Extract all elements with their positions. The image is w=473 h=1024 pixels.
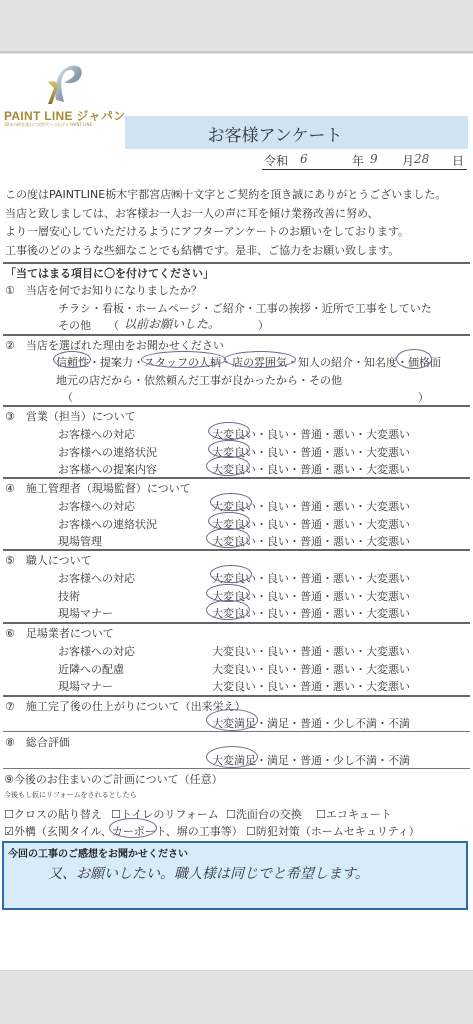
q1-other-open: （ bbox=[108, 317, 119, 333]
q6-row-scale: 大変良い・良い・普通・悪い・大変悪い bbox=[212, 678, 410, 694]
checkbox-label: エコキュート bbox=[326, 808, 392, 821]
date-day: 28 bbox=[414, 152, 429, 166]
q3-row-label: お客様への提案内容 bbox=[58, 461, 157, 477]
instruction: 「当てはまる項目に〇を付けてください」 bbox=[5, 265, 214, 281]
divider bbox=[3, 622, 470, 624]
selection-circle bbox=[206, 456, 250, 476]
selection-circle bbox=[53, 351, 91, 368]
logo-tagline: 30年の時を重ねて次世代へつなげる PAINT LINE bbox=[4, 122, 92, 128]
q3-row-label: お客様への連絡状況 bbox=[58, 444, 157, 460]
q5-title: ⑤ 職人について bbox=[5, 552, 92, 568]
date-day-unit: 日 bbox=[452, 152, 464, 169]
q1-other-close: ） bbox=[258, 317, 269, 333]
divider bbox=[3, 731, 470, 732]
date-month: 9 bbox=[370, 152, 378, 166]
checkbox-washbasin[interactable]: ☐洗面台の交換 bbox=[226, 806, 302, 822]
q6-row-label: 現場マナー bbox=[58, 678, 113, 694]
selection-circle bbox=[396, 349, 432, 369]
selection-circle bbox=[141, 351, 226, 368]
q6-row-scale: 大変良い・良い・普通・悪い・大変悪い bbox=[212, 661, 410, 677]
date-year-unit: 年 bbox=[352, 152, 364, 169]
intro-line: 当店と致しましては、お客様お一人お一人の声に耳を傾け業務改善に努め、 bbox=[5, 205, 470, 224]
q5-row-label: 技術 bbox=[58, 588, 80, 604]
q1-other-label: その他 bbox=[58, 317, 91, 333]
q6-row-scale: 大変良い・良い・普通・悪い・大変悪い bbox=[212, 643, 410, 659]
checkbox-ecocute[interactable]: ☐エコキュート bbox=[316, 806, 392, 822]
intro-text: この度はPAINTLINE栃木宇都宮店㈱十文字とご契約を頂き誠にありがとうござい… bbox=[5, 186, 470, 260]
selection-circle bbox=[206, 709, 258, 731]
divider bbox=[3, 768, 470, 769]
date-era: 令和 bbox=[264, 152, 288, 169]
intro-line: 工事後のどのような些細なことでも結構です。是非、ご協力をお願い致します。 bbox=[5, 242, 470, 261]
q6-title: ⑥ 足場業者について bbox=[5, 625, 114, 641]
checkbox-cross[interactable]: ☐クロスの貼り替え bbox=[4, 806, 102, 822]
paint-line-logo-icon bbox=[42, 60, 86, 106]
divider bbox=[3, 477, 470, 479]
q2-options-line2: 地元の店だから・依然頼んだ工事が良かったから・その他 bbox=[56, 372, 342, 388]
divider bbox=[3, 334, 470, 336]
q6-row-label: お客様への対応 bbox=[58, 643, 135, 659]
q1-other-value: 以前お願いした。 bbox=[124, 315, 220, 332]
q4-row-label: お客様への対応 bbox=[58, 498, 135, 514]
q1-options: チラシ・看板・ホームページ・ご紹介・工事の挨拶・近所で工事をしていた bbox=[58, 300, 432, 316]
intro-line: この度はPAINTLINE栃木宇都宮店㈱十文字とご契約を頂き誠にありがとうござい… bbox=[5, 186, 470, 205]
divider bbox=[3, 549, 470, 551]
checkbox-label: 洗面台の交換 bbox=[236, 808, 302, 821]
q4-row-label: 現場管理 bbox=[58, 533, 102, 549]
q2-other-close: ） bbox=[418, 389, 429, 405]
checkbox-security[interactable]: ☐防犯対策（ホームセキュリティ） bbox=[246, 823, 420, 839]
q9-title: ⑨今後のお住まいのご計画について（任意） bbox=[4, 771, 223, 787]
q3-row-label: お客様への対応 bbox=[58, 426, 135, 442]
selection-circle bbox=[224, 351, 296, 368]
intro-line: より一層安心していただけるようにアフターアンケートのお願いをしております。 bbox=[5, 223, 470, 242]
page-title: お客様アンケート bbox=[125, 121, 425, 146]
q3-title: ③ 営業（担当）について bbox=[5, 408, 136, 424]
q1-title: ① 当店を何でお知りになりましたか？ bbox=[5, 282, 202, 298]
selection-circle bbox=[206, 746, 258, 768]
q6-row-label: 近隣への配慮 bbox=[58, 661, 124, 677]
q4-title: ④ 施工管理者（現場監督）について bbox=[5, 480, 191, 496]
selection-circle bbox=[206, 600, 250, 620]
date-month-unit: 月 bbox=[402, 152, 414, 169]
divider bbox=[3, 695, 470, 697]
q7-title: ⑦ 施工完了後の仕上がりについて（出来栄え） bbox=[5, 698, 246, 714]
selection-circle bbox=[109, 818, 157, 838]
comment-value: 又、お願いしたい。職人様は同じでと希望します。 bbox=[48, 863, 369, 883]
q5-row-label: 現場マナー bbox=[58, 605, 113, 621]
selection-circle bbox=[208, 422, 250, 440]
selection-circle bbox=[206, 528, 250, 548]
q9-subtitle: 今後もし仮にリフォームをされるとしたら bbox=[4, 790, 137, 800]
q5-row-label: お客様への対応 bbox=[58, 570, 135, 586]
q4-row-label: お客様への連絡状況 bbox=[58, 516, 157, 532]
comment-box[interactable]: 今回の工事のご感想をお聞かせください 又、お願いしたい。職人様は同じでと希望しま… bbox=[2, 841, 468, 910]
q2-other-open: （ bbox=[62, 389, 73, 405]
comment-label: 今回の工事のご感想をお聞かせください bbox=[8, 845, 188, 860]
logo: PAINT LINE ジャパン 30年の時を重ねて次世代へつなげる PAINT … bbox=[4, 58, 126, 130]
divider bbox=[3, 405, 470, 407]
checkbox-label: クロスの貼り替え bbox=[14, 808, 102, 821]
date-field: 令和 6 年 9 月 28 日 bbox=[262, 152, 467, 170]
date-year: 6 bbox=[300, 152, 308, 166]
viewer-bottom-bar bbox=[0, 970, 473, 1024]
viewer-top-bar bbox=[0, 0, 473, 53]
q8-title: ⑧ 総合評価 bbox=[5, 734, 70, 750]
divider bbox=[3, 262, 470, 264]
selection-circle bbox=[210, 493, 252, 511]
checkbox-label: 防犯対策（ホームセキュリティ） bbox=[256, 825, 420, 838]
selection-circle bbox=[210, 565, 252, 583]
